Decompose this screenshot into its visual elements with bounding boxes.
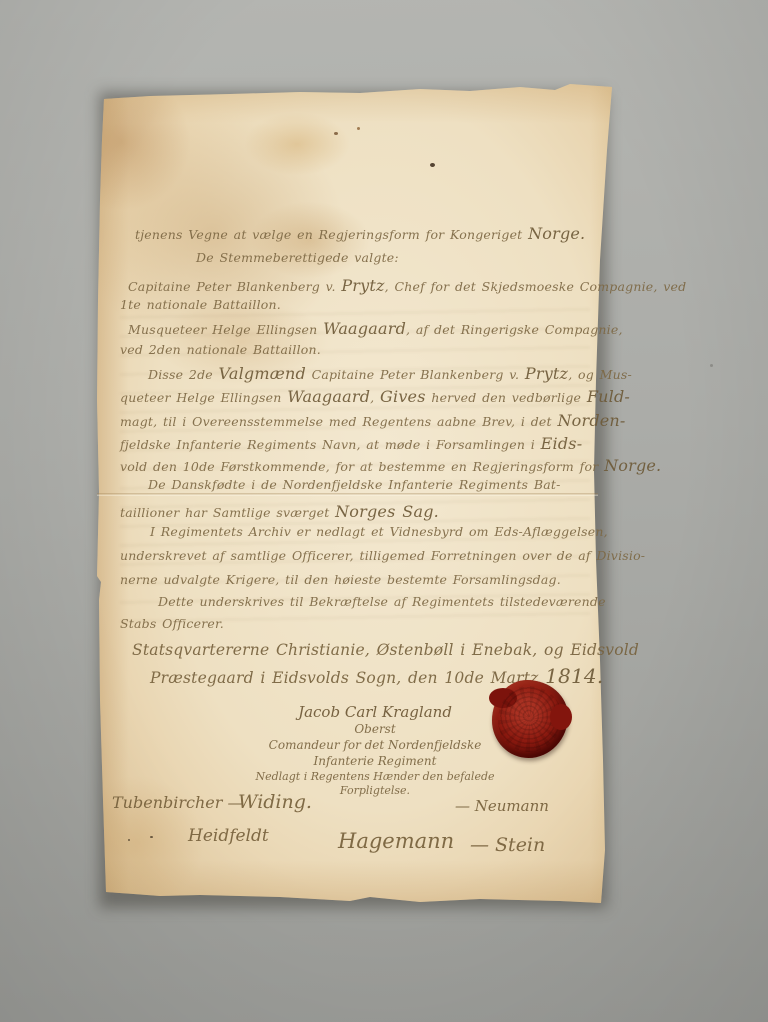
- attestation-title: Comandeur for det Nordenfjeldske: [255, 737, 495, 753]
- manuscript-line: magt, til i Overeensstemmelse med Regent…: [120, 411, 626, 430]
- attestation-rank: Oberst: [255, 722, 495, 737]
- manuscript-line: vold den 10de Førstkommende, for at best…: [120, 456, 661, 475]
- manuscript-line: fjeldske Infanterie Regiments Navn, at m…: [120, 434, 582, 453]
- signature: — Neumann: [455, 797, 549, 815]
- manuscript-line: Disse 2de Valgmænd Capitaine Peter Blank…: [148, 364, 632, 383]
- manuscript-line: De Danskfødte i de Nordenfjeldske Infant…: [148, 477, 561, 492]
- manuscript-line: Musqueteer Helge Ellingsen Waagaard, af …: [128, 319, 623, 338]
- signature: Heidfeldt: [188, 826, 269, 846]
- signature: Widing.: [238, 791, 312, 813]
- manuscript-line: nerne udvalgte Krigere, til den høieste …: [120, 572, 561, 587]
- attestation-block: Jacob Carl Kragland Oberst Comandeur for…: [255, 702, 495, 798]
- document-photo: tjenens Vegne at vælge en Regjeringsform…: [0, 0, 768, 1022]
- attestation-note: Nedlagt i Regentens Hænder den befalede: [255, 769, 495, 784]
- wax-seal-texture: [498, 686, 562, 752]
- manuscript-line: 1te nationale Battaillon.: [120, 297, 281, 312]
- dateline-places: Statsqvartererne Christianie, Østenbøll …: [132, 641, 639, 659]
- manuscript-line: I Regimentets Archiv er nedlagt et Vidne…: [150, 524, 608, 539]
- attestation-title: Infanterie Regiment: [255, 753, 495, 769]
- manuscript-line: queteer Helge Ellingsen Waagaard, Gives …: [120, 387, 630, 406]
- manuscript-line: taillioner har Samtlige sværget Norges S…: [120, 502, 439, 521]
- manuscript-line: Capitaine Peter Blankenberg v. Prytz, Ch…: [128, 276, 686, 295]
- manuscript-line: underskrevet af samtlige Officerer, till…: [120, 548, 645, 563]
- signature-oberst: Jacob Carl Kragland: [255, 702, 495, 722]
- manuscript-line: Dette underskrives til Bekræftelse af Re…: [158, 594, 606, 609]
- signature: Hagemann: [338, 829, 454, 853]
- manuscript-text: tjenens Vegne at vælge en Regjeringsform…: [0, 0, 768, 1022]
- manuscript-line: tjenens Vegne at vælge en Regjeringsform…: [135, 224, 585, 243]
- manuscript-line: Stabs Officerer.: [120, 616, 224, 631]
- manuscript-line: De Stemmeberettigede valgte:: [196, 250, 399, 265]
- manuscript-line: ved 2den nationale Battaillon.: [120, 342, 321, 357]
- signature: Tubenbircher —: [112, 793, 243, 812]
- signature: — Stein: [470, 834, 545, 856]
